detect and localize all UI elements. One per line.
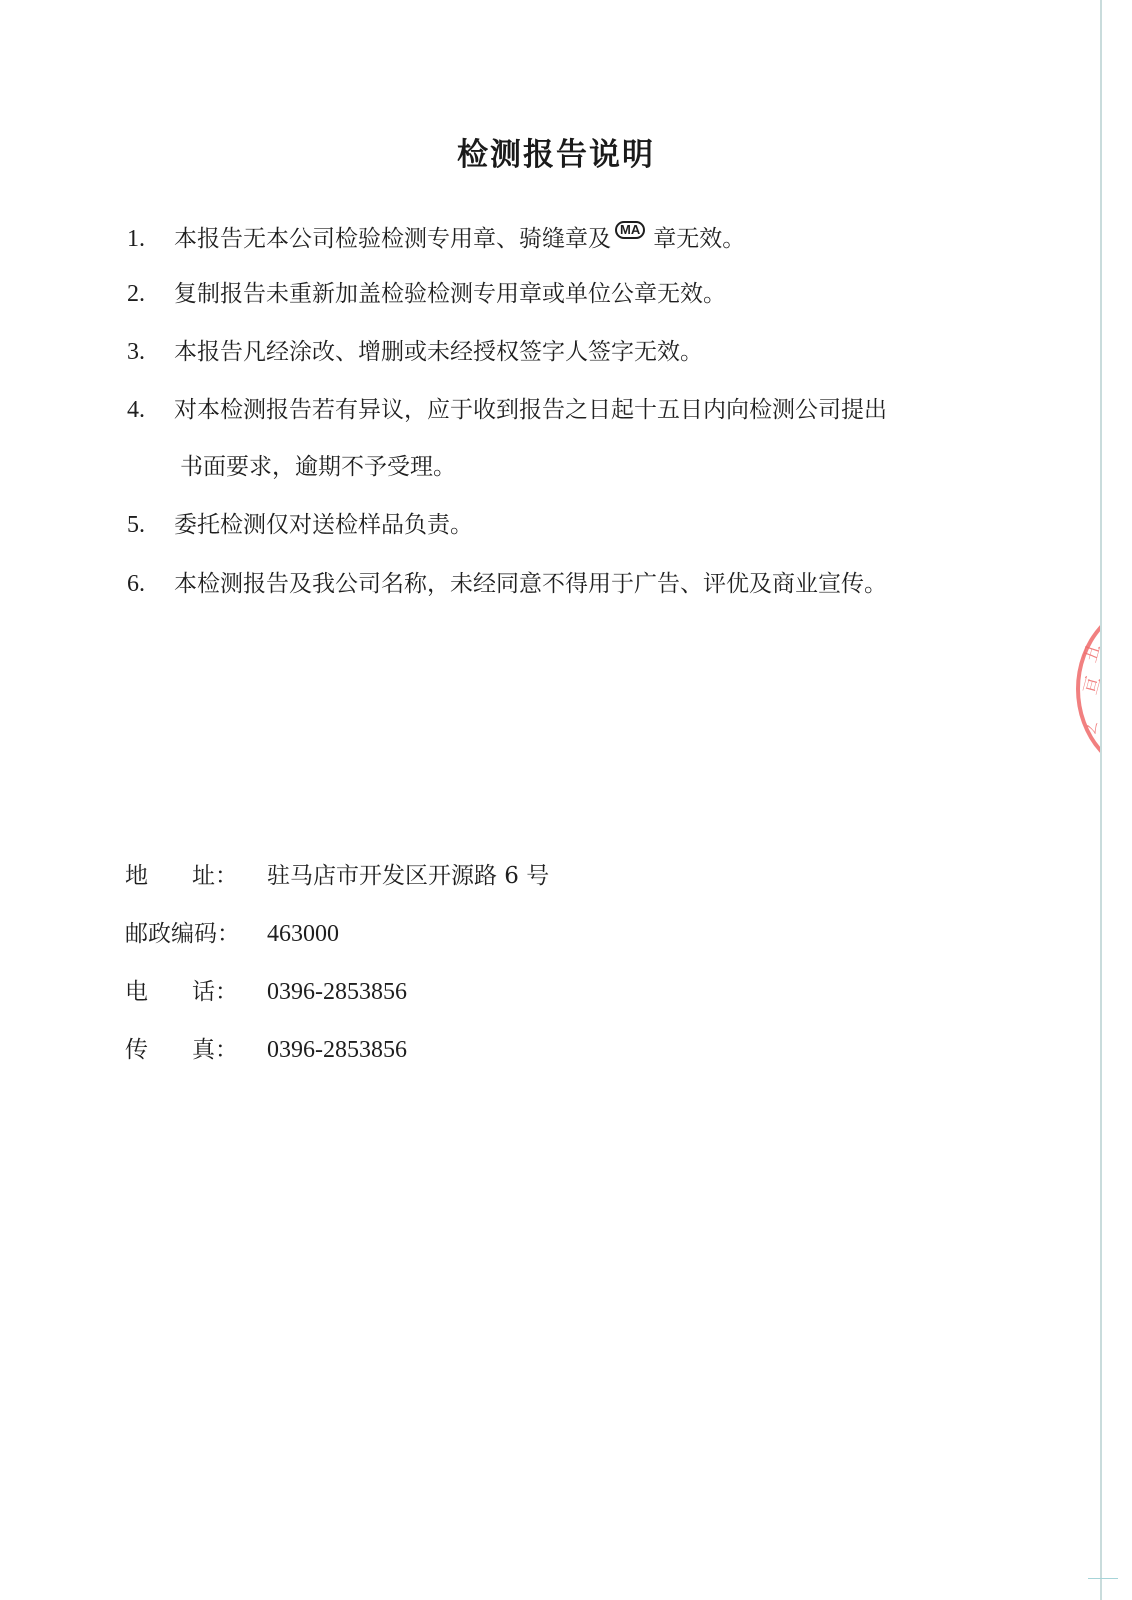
phone-label: 电 话：	[125, 977, 238, 1007]
label-char: 传	[125, 1035, 148, 1065]
note-item-1: 1. 本报告无本公司检验检测专用章、骑缝章及 MA 章无效。	[127, 224, 745, 254]
note-item-4: 4. 对本检测报告若有异议，应于收到报告之日起十五日内向检测公司提出	[127, 395, 887, 425]
label-char-with-colon: 址：	[192, 861, 238, 891]
address-value: 驻马店市开发区开源路 6 号	[267, 861, 549, 891]
note-number: 2.	[127, 279, 174, 309]
page-title: 检测报告说明	[0, 129, 1112, 174]
fax-value: 0396-2853856	[267, 1035, 407, 1065]
seam-seal-stamp-icon: 丑 亘 ㄥ	[1066, 600, 1100, 770]
cma-mark-icon: MA	[615, 221, 645, 239]
note-text: 委托检测仅对送检样品负责。	[174, 510, 473, 540]
colon: ：	[217, 921, 240, 947]
note-number: 4.	[127, 395, 174, 425]
note-text: 复制报告未重新加盖检验检测专用章或单位公章无效。	[174, 279, 726, 309]
note-item-2: 2. 复制报告未重新加盖检验检测专用章或单位公章无效。	[127, 279, 726, 309]
colon: ：	[215, 979, 238, 1005]
fax-label: 传 真：	[125, 1035, 238, 1065]
label-char-with-colon: 真：	[192, 1035, 238, 1065]
note-number: 1.	[127, 224, 174, 254]
contact-phone: 电 话： 0396-2853856	[125, 977, 407, 1007]
note-text: 对本检测报告若有异议，应于收到报告之日起十五日内向检测公司提出	[174, 395, 887, 425]
note-number: 3.	[127, 337, 174, 367]
note-item-6: 6. 本检测报告及我公司名称，未经同意不得用于广告、评优及商业宣传。	[127, 569, 887, 599]
label-text: 邮政编码	[125, 921, 217, 947]
contact-fax: 传 真： 0396-2853856	[125, 1035, 407, 1065]
note-item-3: 3. 本报告凡经涂改、增删或未经授权签字人签字无效。	[127, 337, 703, 367]
label-char: 电	[125, 977, 148, 1007]
label-char: 话	[192, 979, 215, 1005]
note-text: 本报告无本公司检验检测专用章、骑缝章及	[174, 224, 611, 254]
note-number: 6.	[127, 569, 174, 599]
note-text-tail: 章无效。	[653, 224, 745, 254]
seal-char: ㄥ	[1076, 715, 1100, 739]
note-number: 5.	[127, 510, 174, 540]
note-text: 本报告凡经涂改、增删或未经授权签字人签字无效。	[174, 337, 703, 367]
contact-address: 地 址： 驻马店市开发区开源路 6 号	[125, 861, 549, 891]
note-item-4-continuation: 书面要求，逾期不予受理。	[180, 452, 456, 482]
page-edge-divider	[1100, 0, 1102, 1600]
address-label: 地 址：	[125, 861, 238, 891]
contact-postcode: 邮政编码： 463000	[125, 919, 339, 949]
postcode-label: 邮政编码：	[125, 919, 267, 949]
note-item-5: 5. 委托检测仅对送检样品负责。	[127, 510, 473, 540]
note-text: 本检测报告及我公司名称，未经同意不得用于广告、评优及商业宣传。	[174, 569, 887, 599]
label-char: 真	[192, 1037, 215, 1063]
label-char-with-colon: 话：	[192, 977, 238, 1007]
page-edge-tick	[1088, 1578, 1118, 1579]
label-char: 地	[125, 861, 148, 891]
phone-value: 0396-2853856	[267, 977, 407, 1007]
label-char: 址	[192, 863, 215, 889]
colon: ：	[215, 1037, 238, 1063]
postcode-value: 463000	[267, 919, 339, 949]
colon: ：	[215, 863, 238, 889]
